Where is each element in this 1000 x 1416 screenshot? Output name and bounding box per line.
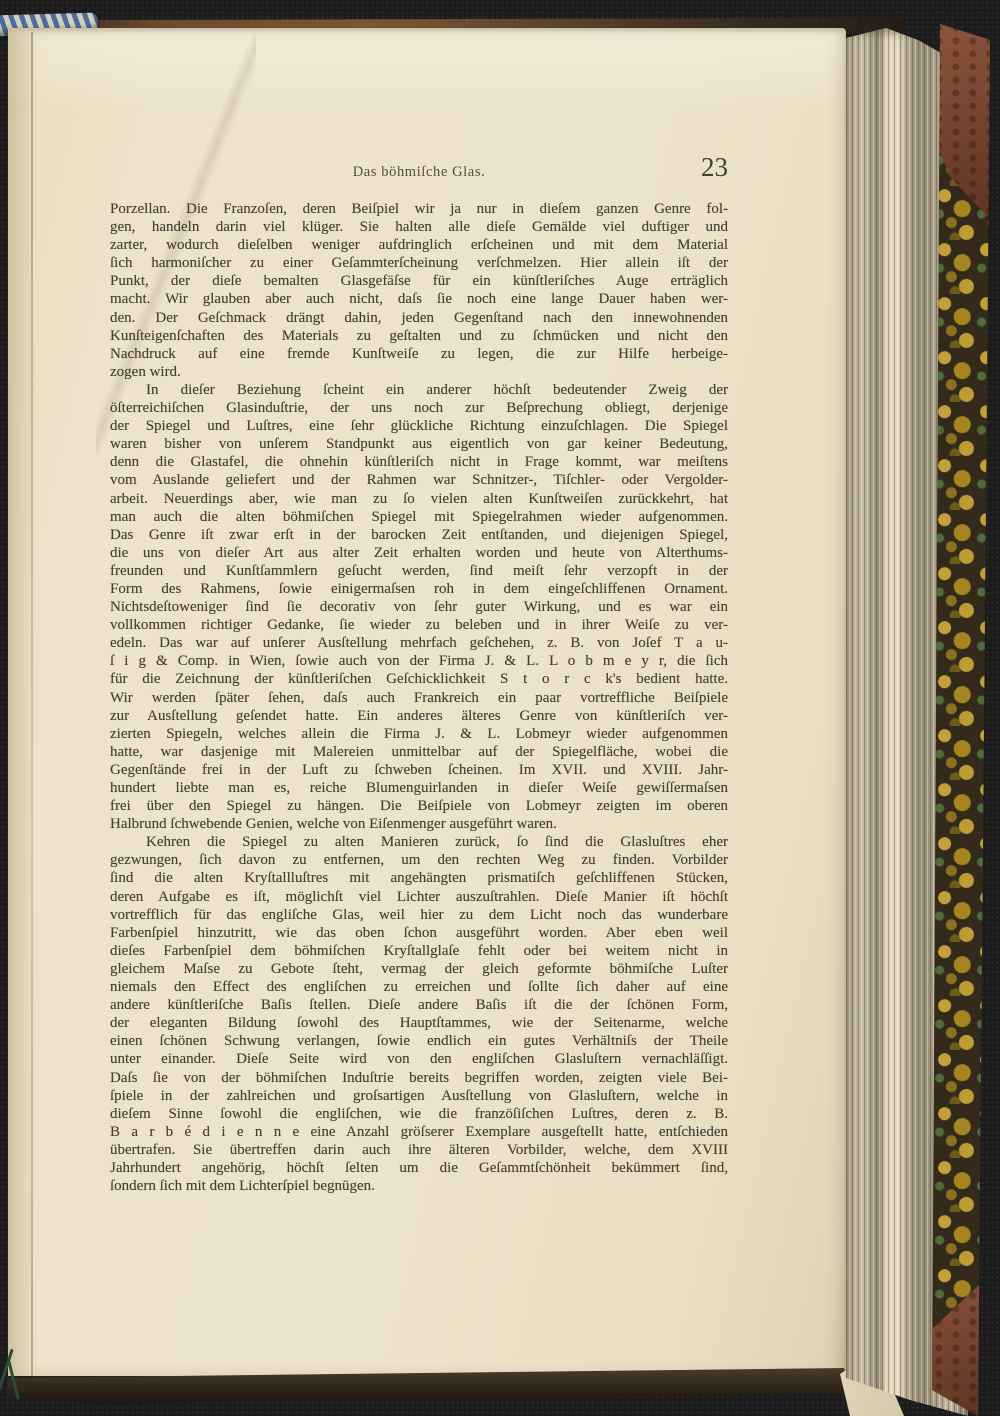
text-line: freunden und Kunſtſammlern geſucht werde…	[110, 562, 728, 580]
text-line: man auch die alten böhmiſchen Spiegel mi…	[110, 508, 728, 526]
text-line: Wir werden ſpäter ſehen, daſs auch Frank…	[110, 689, 728, 707]
bookmark-thread	[7, 1360, 20, 1400]
text-line: ſ i g & Comp. in Wien, ſowie auch von de…	[110, 652, 728, 670]
text-line: Nachdruck auf eine fremde Kunſtweiſe zu …	[110, 345, 728, 363]
text-line: Porzellan. Die Franzoſen, deren Beiſpiel…	[110, 200, 728, 218]
text-line: hatte, war dasjenige mit Malereien unmit…	[110, 743, 728, 761]
text-line: Farbenſpiel hinzutritt, wie das oben ſch…	[110, 924, 728, 942]
text-line: niemals den Effect des engliſchen zu err…	[110, 978, 728, 996]
text-line: Gegenſtände frei in der Luft zu ſchweben…	[110, 761, 728, 779]
text-line: hundert liebte man es, reiche Blumenguir…	[110, 779, 728, 797]
text-line: edeln. Das war auf unſerer Ausſtellung m…	[110, 634, 728, 652]
text-line: den. Der Geſchmack drängt dahin, jeden G…	[110, 309, 728, 327]
text-line: ſpiele in der zahlreichen und groſsartig…	[110, 1087, 728, 1105]
text-line: vom Auslande geliefert und der Rahmen wa…	[110, 471, 728, 489]
text-line: der eleganten Bildung ſowohl des Hauptſt…	[110, 1014, 728, 1032]
text-line: gen, handeln darin viel klüger. Sie halt…	[110, 218, 728, 236]
text-line: Halbrund ſchwebende Genien, welche von E…	[110, 815, 728, 833]
text-line: zogen wird.	[110, 363, 728, 381]
page-number: 23	[110, 152, 728, 183]
text-line: zarter, wodurch dieſelben weniger aufdri…	[110, 236, 728, 254]
text-line: Jahrhundert angehörig, höchſt ſelten um …	[110, 1159, 728, 1177]
text-block: Porzellan. Die Franzoſen, deren Beiſpiel…	[110, 200, 728, 1195]
text-line: vollkommen richtiger Gedanke, ſie wieder…	[110, 616, 728, 634]
text-line: übertrafen. Sie übertreffen darin auch i…	[110, 1141, 728, 1159]
book-page: Das böhmiſche Glas. 23 Porzellan. Die Fr…	[8, 28, 846, 1376]
gutter-fold-line	[31, 32, 33, 1376]
text-line: die uns von dieſer Art aus alter Zeit er…	[110, 544, 728, 562]
text-line: für die Zeichnung der künſtleriſchen Geſ…	[110, 670, 728, 688]
text-line: andere künſtleriſche Baſis ſtellen. Dieſ…	[110, 996, 728, 1014]
text-line: ſich harmoniſcher zu einer Geſammterſche…	[110, 254, 728, 272]
text-line: Punkt, der dieſe bemalten Glasgefäſse fü…	[110, 272, 728, 290]
text-line: einen ſchönen Schwung verlangen, ſowie e…	[110, 1032, 728, 1050]
text-line: macht. Wir glauben aber auch nicht, daſs…	[110, 290, 728, 308]
text-line: waren bisher von unſerem Standpunkt aus …	[110, 435, 728, 453]
text-line: denn die Glastafel, die ohnehin künſtler…	[110, 453, 728, 471]
text-line: unter einander. Dieſe Seite wird von den…	[110, 1050, 728, 1068]
text-line: Das Genre iſt zwar erſt in der barocken …	[110, 526, 728, 544]
text-line: deren Aufgabe es iſt, möglichſt viel Lic…	[110, 888, 728, 906]
text-line: der Spiegel und Luſtres, eine ſehr glück…	[110, 417, 728, 435]
text-line: dieſem Sinne ſowohl die engliſchen, wie …	[110, 1105, 728, 1123]
text-line: gleichem Maſse zu Gebote ſteht, vermag d…	[110, 960, 728, 978]
gutter-shadow	[8, 28, 42, 1376]
text-line: öſterreichiſchen Glasinduſtrie, der uns …	[110, 399, 728, 417]
text-line: Nichtsdeſtoweniger ſind ſie decorativ vo…	[110, 598, 728, 616]
text-line: Kehren die Spiegel zu alten Manieren zur…	[110, 833, 728, 851]
text-line: Form des Rahmens, ſowie einigermaſsen ro…	[110, 580, 728, 598]
text-line: In dieſer Beziehung ſcheint ein anderer …	[110, 381, 728, 399]
text-line: ſind die alten Kryſtallluſtres mit angeh…	[110, 869, 728, 887]
text-line: Kunſteigenſchaften des Materials zu geſt…	[110, 327, 728, 345]
text-line: zierten Spiegeln, welches allein die Fir…	[110, 725, 728, 743]
bookmark-threads	[0, 1342, 30, 1408]
marbled-cover	[932, 24, 990, 1416]
leather-corner-bottom	[932, 1266, 990, 1416]
text-line: gezwungen, ſich davon zu entfernen, um d…	[110, 851, 728, 869]
leather-corner-top	[932, 24, 990, 219]
text-line: Daſs ſie von der böhmiſchen Induſtrie be…	[110, 1069, 728, 1087]
text-line: arbeit. Neuerdings aber, wie man zu ſo v…	[110, 490, 728, 508]
text-line: ſondern ſich mit dem Lichterſpiel begnüg…	[110, 1177, 728, 1195]
text-line: B a r b é d i e n n e eine Anzahl gröſse…	[110, 1123, 728, 1141]
text-line: zur Ausſtellung geſendet hatte. Ein ande…	[110, 707, 728, 725]
scanned-book-photo: Das böhmiſche Glas. 23 Porzellan. Die Fr…	[0, 0, 1000, 1416]
text-line: vortrefflich für das engliſche Glas, wei…	[110, 906, 728, 924]
text-line: dieſes Farbenſpiel dem böhmiſchen Kryſta…	[110, 942, 728, 960]
text-line: frei über den Spiegel zu hängen. Die Bei…	[110, 797, 728, 815]
